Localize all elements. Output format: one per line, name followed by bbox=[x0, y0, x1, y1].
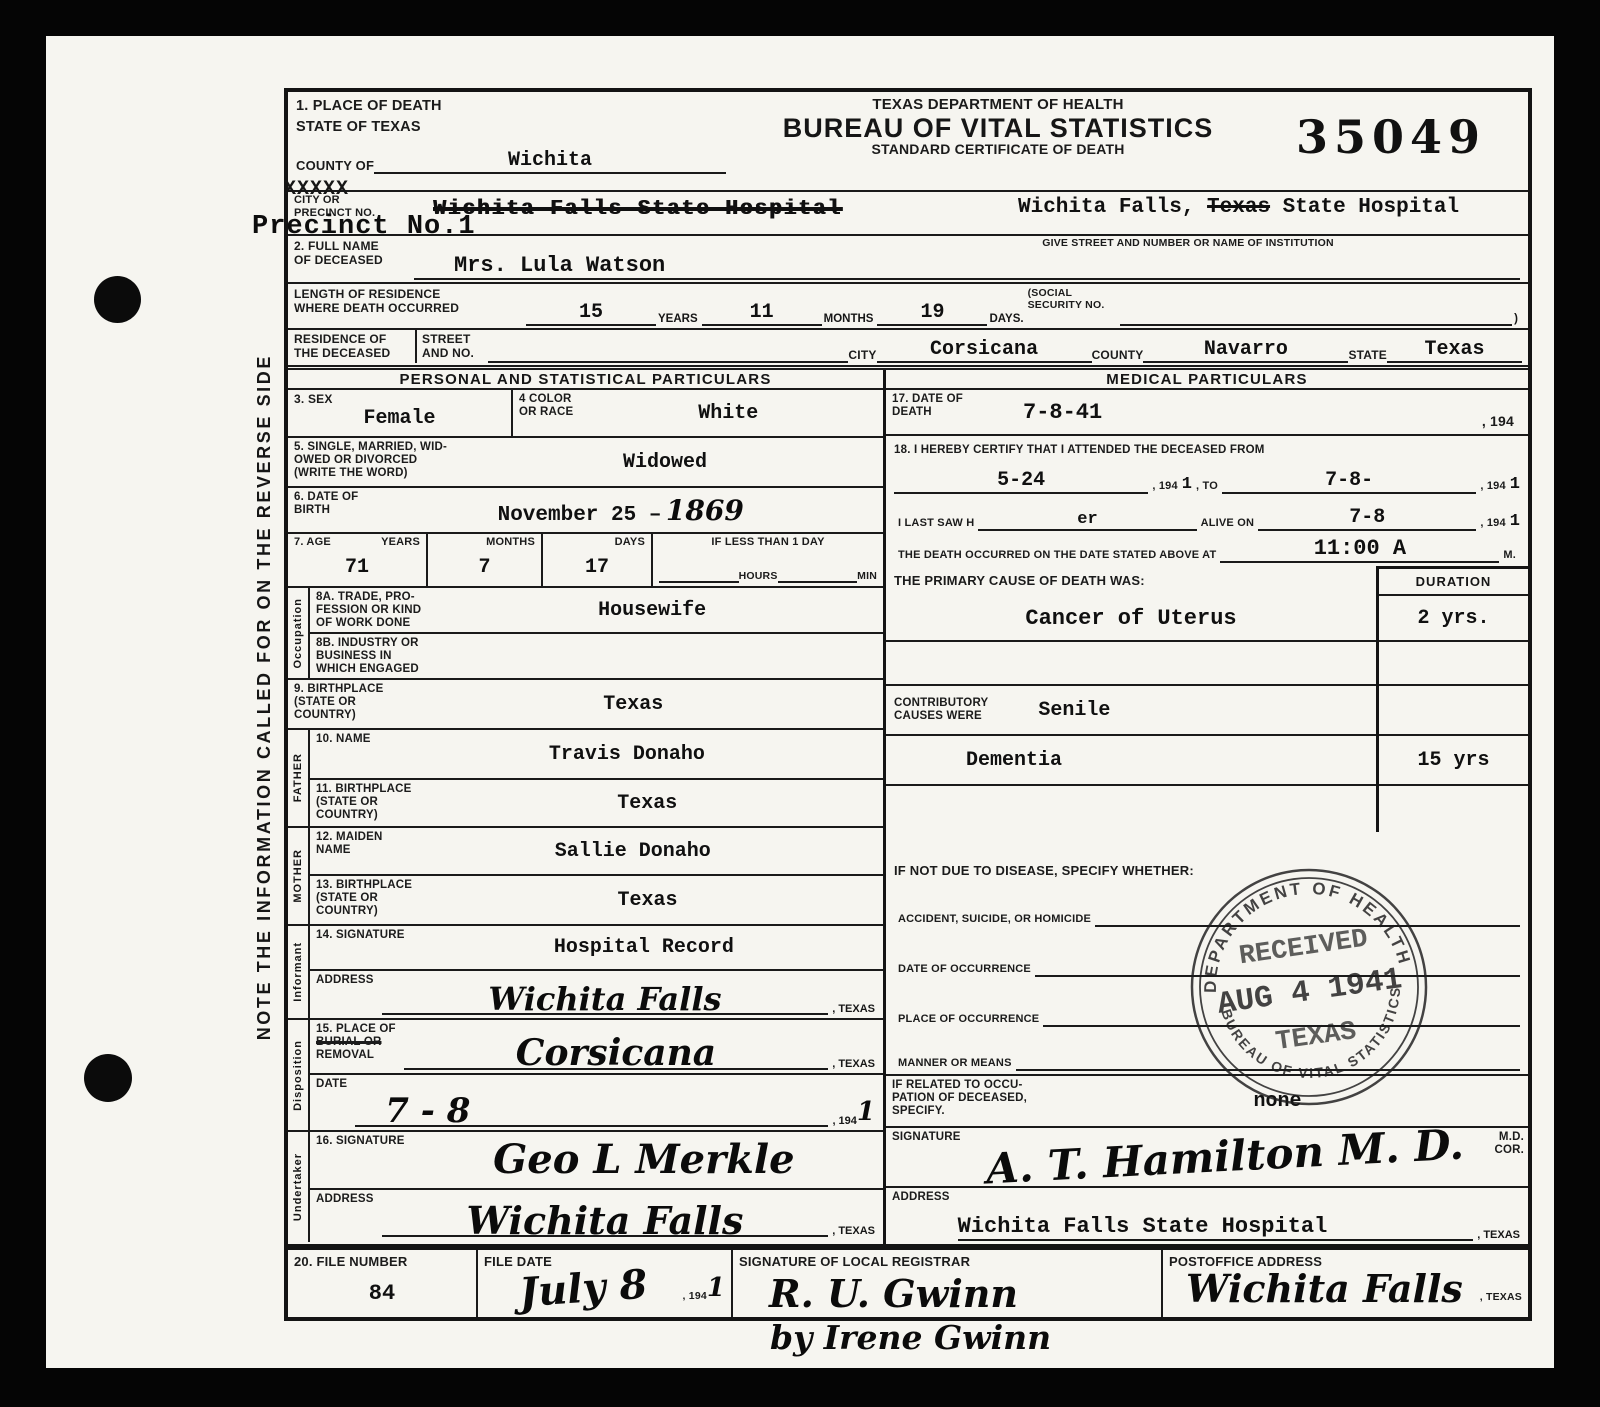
undertaker-signature-row: 16. SIGNATURE Geo L Merkle bbox=[310, 1132, 883, 1190]
state-of-texas-label: STATE OF TEXAS bbox=[296, 119, 726, 136]
attended-from-year-value: 1 bbox=[1182, 475, 1192, 494]
father-side-label: FATHER bbox=[292, 753, 304, 802]
agency-header: TEXAS DEPARTMENT OF HEALTH BUREAU OF VIT… bbox=[718, 96, 1278, 158]
disposition-date-label: DATE bbox=[316, 1078, 347, 1091]
residence-divider bbox=[415, 330, 417, 363]
certify-values-row: 5-24 , 194 1 , TO 7-8- , 194 1 bbox=[886, 462, 1528, 496]
age-months-cell: MONTHS 7 bbox=[428, 534, 543, 586]
disposition-group: Disposition 15. PLACE OF BURIAL OR REMOV… bbox=[288, 1020, 883, 1132]
struck-city-value: Wichita Falls State Hospital bbox=[433, 198, 842, 221]
postoffice-value: Wichita Falls bbox=[1169, 1275, 1480, 1304]
personal-section-title: PERSONAL AND STATISTICAL PARTICULARS bbox=[288, 370, 883, 390]
attended-to-label: , TO bbox=[1196, 480, 1218, 493]
mother-birthplace-value: Texas bbox=[412, 889, 883, 912]
duration-column: DURATION 2 yrs. 15 yrs bbox=[1376, 566, 1528, 832]
trade-label-3: OF WORK DONE bbox=[316, 617, 421, 630]
file-number-cell: 20. FILE NUMBER 84 bbox=[288, 1250, 478, 1317]
county-label: COUNTY OF bbox=[296, 159, 374, 174]
marital-value: Widowed bbox=[447, 451, 883, 474]
disposition-date-field: 7 - 8 , 194 1 bbox=[347, 1075, 883, 1130]
trade-row: 8A. TRADE, PRO- FESSION OR KIND OF WORK … bbox=[310, 588, 883, 634]
city-field: Corsicana bbox=[877, 338, 1092, 363]
last-saw-row: I LAST SAW H er ALIVE ON 7-8 , 194 1 bbox=[886, 496, 1528, 534]
occupation-side-strip: Occupation bbox=[288, 588, 310, 678]
physician-signature-label-wrap: SIGNATURE bbox=[886, 1128, 961, 1186]
years-label: YEARS bbox=[658, 313, 698, 325]
county-field2: Navarro bbox=[1143, 338, 1348, 363]
industry-label: 8B. INDUSTRY OR BUSINESS IN WHICH ENGAGE… bbox=[310, 634, 419, 678]
years-value: 15 bbox=[579, 301, 603, 324]
maiden-label-1: 12. MAIDEN bbox=[316, 831, 383, 844]
trade-label-1: 8A. TRADE, PRO- bbox=[316, 591, 421, 604]
file-date-label: FILE DATE bbox=[484, 1254, 552, 1269]
informant-address-label: ADDRESS bbox=[316, 974, 374, 987]
cause-block: THE PRIMARY CAUSE OF DEATH WAS: Cancer o… bbox=[886, 566, 1528, 832]
duration-header: DURATION bbox=[1379, 569, 1528, 596]
primary-cause-row: Cancer of Uterus bbox=[886, 596, 1376, 642]
length-label: LENGTH OF RESIDENCE WHERE DEATH OCCURRED bbox=[294, 284, 526, 315]
physician-address-row: ADDRESS Wichita Falls State Hospital , T… bbox=[886, 1188, 1528, 1244]
primary-cause-value: Cancer of Uterus bbox=[1025, 606, 1236, 631]
informant-address-state: , TEXAS bbox=[832, 1003, 875, 1015]
certificate-form: 1. PLACE OF DEATH STATE OF TEXAS COUNTY … bbox=[284, 88, 1532, 1321]
agency-line3: STANDARD CERTIFICATE OF DEATH bbox=[718, 142, 1278, 158]
father-rows: 10. NAME Travis Donaho 11. BIRTHPLACE (S… bbox=[310, 730, 883, 826]
attended-to-year-value: 1 bbox=[1510, 475, 1520, 494]
birthplace-value: Texas bbox=[384, 693, 884, 716]
postoffice-field: Wichita Falls , TEXAS bbox=[1169, 1275, 1522, 1304]
age-days-value: 17 bbox=[543, 549, 651, 586]
date-of-death-label: 17. DATE OF DEATH bbox=[886, 390, 963, 434]
last-saw-year-value: 1 bbox=[1510, 512, 1520, 531]
undertaker-signature-label: 16. SIGNATURE bbox=[316, 1135, 405, 1148]
birthplace-label: 9. BIRTHPLACE (STATE OR COUNTRY) bbox=[288, 680, 384, 728]
color-label-2: OR RACE bbox=[519, 406, 573, 419]
disposition-year-hand: 1 bbox=[857, 1097, 875, 1127]
sex-cell: 3. SEX Female bbox=[288, 390, 513, 436]
months-field: 11 bbox=[702, 301, 822, 326]
duration-blank-1 bbox=[1379, 642, 1528, 686]
place-of-death-block: 1. PLACE OF DEATH STATE OF TEXAS COUNTY … bbox=[296, 98, 726, 174]
father-birthplace-row: 11. BIRTHPLACE (STATE OR COUNTRY) Texas bbox=[310, 780, 883, 826]
undertaker-signature-value: Geo L Merkle bbox=[405, 1144, 883, 1176]
birth-date-field: November 25 – 1869 bbox=[358, 494, 883, 527]
mother-side-strip: MOTHER bbox=[288, 828, 310, 924]
physician-address-label-wrap: ADDRESS bbox=[886, 1188, 950, 1244]
state-value: Texas bbox=[1424, 338, 1484, 361]
physician-address-state: , TEXAS bbox=[1477, 1229, 1520, 1241]
place15-struck-word: BURIAL OR bbox=[316, 1036, 396, 1049]
color-cell: 4 COLOR OR RACE White bbox=[513, 390, 883, 436]
death-occurred-m: M. bbox=[1503, 549, 1516, 562]
related-label-3: SPECIFY. bbox=[892, 1105, 1027, 1118]
father-birthplace-value: Texas bbox=[411, 792, 883, 815]
registrar-label: SIGNATURE OF LOCAL REGISTRAR bbox=[739, 1254, 970, 1269]
date-occurrence-label: DATE OF OCCURRENCE bbox=[898, 963, 1031, 976]
reverse-side-note-text: NOTE THE INFORMATION CALLED FOR ON THE R… bbox=[254, 354, 275, 1040]
hours-label: HOURS bbox=[739, 571, 778, 583]
duration-contrib-value: 15 yrs bbox=[1417, 749, 1489, 772]
manner-label: MANNER OR MEANS bbox=[898, 1057, 1012, 1070]
age-label: 7. AGE bbox=[294, 536, 331, 549]
maiden-name-label: 12. MAIDEN NAME bbox=[310, 828, 383, 874]
contributory-value-2: Dementia bbox=[966, 749, 1062, 772]
maiden-name-value: Sallie Donaho bbox=[383, 840, 883, 863]
mother-side-label: MOTHER bbox=[292, 849, 304, 903]
length-label-1: LENGTH OF RESIDENCE bbox=[294, 288, 526, 302]
ss-field bbox=[1120, 324, 1513, 326]
industry-row: 8B. INDUSTRY OR BUSINESS IN WHICH ENGAGE… bbox=[310, 634, 883, 678]
place-of-death-label: 1. PLACE OF DEATH bbox=[296, 98, 726, 115]
sex-label: 3. SEX bbox=[288, 390, 511, 407]
undertaker-side-label: Undertaker bbox=[292, 1153, 304, 1221]
street-field bbox=[488, 361, 848, 363]
disposition-side-strip: Disposition bbox=[288, 1020, 310, 1130]
institution-suffix: State Hospital bbox=[1283, 196, 1459, 219]
stamp-received-text: RECEIVED bbox=[1237, 925, 1370, 973]
full-name-field: Mrs. Lula Watson bbox=[414, 253, 1520, 280]
file-number-label: 20. FILE NUMBER bbox=[294, 1254, 408, 1269]
place15-label-1: 15. PLACE OF bbox=[316, 1023, 396, 1036]
punch-hole-bottom bbox=[84, 1054, 132, 1102]
institution-struck-word: Texas bbox=[1207, 196, 1270, 219]
age-less-cell: IF LESS THAN 1 DAY HOURS MIN bbox=[653, 534, 883, 586]
postoffice-state: , TEXAS bbox=[1480, 1292, 1522, 1304]
disposition-rows: 15. PLACE OF BURIAL OR REMOVAL Corsicana… bbox=[310, 1020, 883, 1130]
cor-label: COR. bbox=[1494, 1144, 1524, 1157]
primary-cause-label: THE PRIMARY CAUSE OF DEATH WAS: bbox=[894, 574, 1145, 589]
dod-label-2: DEATH bbox=[892, 406, 963, 419]
accident-label: ACCIDENT, SUICIDE, OR HOMICIDE bbox=[898, 913, 1091, 926]
file-date-year-hand: 1 bbox=[707, 1273, 725, 1303]
spacer-row bbox=[886, 832, 1528, 854]
place-of-removal-label: 15. PLACE OF BURIAL OR REMOVAL bbox=[310, 1020, 396, 1073]
city-value: Corsicana bbox=[930, 338, 1038, 361]
duration-primary-cell: 2 yrs. bbox=[1379, 596, 1528, 642]
cause-blank-row-1 bbox=[886, 642, 1376, 686]
marital-label-3: (WRITE THE WORD) bbox=[294, 467, 447, 480]
undertaker-group: Undertaker 16. SIGNATURE Geo L Merkle AD… bbox=[288, 1132, 883, 1242]
age-days-labels: DAYS bbox=[543, 534, 651, 549]
city-field-label: CITY bbox=[848, 349, 876, 363]
last-saw-pre: I LAST SAW H bbox=[898, 517, 974, 530]
city-overtype-xxx: XXXXX bbox=[284, 178, 349, 201]
father-bp-label-2: (STATE OR bbox=[316, 796, 411, 809]
mother-bp-label-2: (STATE OR bbox=[316, 892, 412, 905]
father-birthplace-label: 11. BIRTHPLACE (STATE OR COUNTRY) bbox=[310, 780, 411, 826]
age-row: 7. AGE YEARS 71 MONTHS 7 DAYS bbox=[288, 534, 883, 588]
form-footer: 20. FILE NUMBER 84 FILE DATE July 8 , 19… bbox=[288, 1247, 1528, 1317]
mother-bp-label-3: COUNTRY) bbox=[316, 905, 412, 918]
reverse-side-note: NOTE THE INFORMATION CALLED FOR ON THE R… bbox=[248, 324, 280, 1070]
file-date-cell: FILE DATE July 8 , 194 1 bbox=[478, 1250, 733, 1317]
ss-label-2: SECURITY NO. bbox=[1028, 300, 1120, 312]
informant-address-label-wrap: ADDRESS bbox=[310, 971, 374, 1018]
registrar-by-line: by Irene Gwinn bbox=[770, 1318, 1051, 1357]
county-value: Wichita bbox=[508, 149, 592, 172]
certify-label-row: 18. I HEREBY CERTIFY THAT I ATTENDED THE… bbox=[886, 436, 1528, 462]
contributory-value-1: Senile bbox=[1038, 699, 1110, 722]
age-years-labels: 7. AGE YEARS bbox=[288, 534, 426, 549]
contributory-label-1: CONTRIBUTORY bbox=[894, 697, 988, 710]
street-label: STREET AND NO. bbox=[422, 330, 488, 360]
age-years-value: 71 bbox=[288, 549, 426, 586]
duration-blank-2 bbox=[1379, 686, 1528, 736]
father-name-row: 10. NAME Travis Donaho bbox=[310, 730, 883, 780]
informant-rows: 14. SIGNATURE Hospital Record ADDRESS Wi… bbox=[310, 926, 883, 1018]
residence-label-2: THE DECEASED bbox=[294, 347, 410, 361]
disposition-date-label-wrap: DATE bbox=[310, 1075, 347, 1130]
undertaker-address-value: Wichita Falls bbox=[382, 1207, 829, 1238]
file-number-value: 84 bbox=[294, 1281, 470, 1306]
informant-signature-value: Hospital Record bbox=[405, 936, 883, 959]
birth-date-row: 6. DATE OF BIRTH November 25 – 1869 bbox=[288, 488, 883, 534]
color-label-1: 4 COLOR bbox=[519, 393, 573, 406]
physician-address-field: Wichita Falls State Hospital , TEXAS bbox=[950, 1188, 1528, 1244]
full-name-label-2: OF DECEASED bbox=[294, 254, 414, 268]
marital-label-2: OWED OR DIVORCED bbox=[294, 454, 447, 467]
disposition-date-row: DATE 7 - 8 , 194 1 bbox=[310, 1075, 883, 1130]
age-months-label: MONTHS bbox=[486, 536, 535, 549]
last-saw-er: er bbox=[978, 510, 1196, 531]
certificate-paper: NOTE THE INFORMATION CALLED FOR ON THE R… bbox=[46, 36, 1554, 1368]
death-occurred-row: THE DEATH OCCURRED ON THE DATE STATED AB… bbox=[886, 534, 1528, 566]
file-date-value: July 8 bbox=[483, 1268, 683, 1310]
death-occurred-label: THE DEATH OCCURRED ON THE DATE STATED AB… bbox=[898, 549, 1216, 562]
industry-label-1: 8B. INDUSTRY OR bbox=[316, 637, 419, 650]
contributory-label: CONTRIBUTORY CAUSES WERE bbox=[894, 697, 988, 723]
marital-label: 5. SINGLE, MARRIED, WID- OWED OR DIVORCE… bbox=[288, 438, 447, 486]
occupation-rows: 8A. TRADE, PRO- FESSION OR KIND OF WORK … bbox=[310, 588, 883, 678]
birthplace-row: 9. BIRTHPLACE (STATE OR COUNTRY) Texas bbox=[288, 680, 883, 730]
dod-year-suffix: , 194 bbox=[1482, 414, 1528, 434]
occupation-group: Occupation 8A. TRADE, PRO- FESSION OR KI… bbox=[288, 588, 883, 680]
undertaker-rows: 16. SIGNATURE Geo L Merkle ADDRESS Wichi… bbox=[310, 1132, 883, 1242]
age-days-cell: DAYS 17 bbox=[543, 534, 653, 586]
years-field: 15 bbox=[526, 301, 656, 326]
undertaker-address-label-wrap: ADDRESS bbox=[310, 1190, 374, 1240]
street-label-2: AND NO. bbox=[422, 347, 488, 361]
informant-side-label: Informant bbox=[292, 942, 304, 1002]
industry-label-2: BUSINESS IN bbox=[316, 650, 419, 663]
mother-bp-label-1: 13. BIRTHPLACE bbox=[316, 879, 412, 892]
attended-to-value: 7-8- bbox=[1222, 469, 1476, 494]
informant-address-value: Wichita Falls bbox=[382, 987, 829, 1015]
sex-value: Female bbox=[363, 407, 435, 436]
duration-contrib-cell: 15 yrs bbox=[1379, 736, 1528, 786]
related-label-2: PATION OF DECEASED, bbox=[892, 1092, 1027, 1105]
death-occurred-time: 11:00 A bbox=[1220, 536, 1499, 563]
last-saw-year: , 194 bbox=[1480, 517, 1505, 530]
form-header: 1. PLACE OF DEATH STATE OF TEXAS COUNTY … bbox=[288, 92, 1528, 192]
mother-group: MOTHER 12. MAIDEN NAME Sallie Donaho 13.… bbox=[288, 828, 883, 926]
state-field: Texas bbox=[1387, 338, 1522, 363]
cause-blank-row-2 bbox=[886, 786, 1376, 832]
place-of-removal-field: Corsicana , TEXAS bbox=[396, 1020, 883, 1073]
punch-hole-top bbox=[94, 276, 141, 323]
birthplace-label-2: (STATE OR bbox=[294, 696, 384, 709]
place-of-removal-value: Corsicana bbox=[404, 1039, 828, 1070]
place15-label-3: REMOVAL bbox=[316, 1049, 396, 1062]
attended-from-value: 5-24 bbox=[894, 469, 1148, 494]
informant-group: Informant 14. SIGNATURE Hospital Record … bbox=[288, 926, 883, 1020]
residence-row: RESIDENCE OF THE DECEASED STREET AND NO.… bbox=[288, 330, 1528, 370]
months-label: MONTHS bbox=[824, 313, 874, 325]
father-bp-label-1: 11. BIRTHPLACE bbox=[316, 783, 411, 796]
industry-label-3: WHICH ENGAGED bbox=[316, 663, 419, 676]
md-cor-labels: M.D. COR. bbox=[1488, 1128, 1528, 1186]
hours-field bbox=[659, 581, 739, 583]
residence-label: RESIDENCE OF THE DECEASED bbox=[294, 330, 410, 360]
marital-row: 5. SINGLE, MARRIED, WID- OWED OR DIVORCE… bbox=[288, 438, 883, 488]
personal-column: PERSONAL AND STATISTICAL PARTICULARS 3. … bbox=[288, 370, 886, 1244]
maiden-label-2: NAME bbox=[316, 844, 383, 857]
state-field-label: STATE bbox=[1348, 349, 1387, 363]
ss-label: (SOCIAL SECURITY NO. bbox=[1028, 284, 1120, 312]
certificate-number: 35049 bbox=[1296, 110, 1486, 164]
age-days-label: DAYS bbox=[615, 536, 645, 549]
father-group: FATHER 10. NAME Travis Donaho 11. BIRTHP… bbox=[288, 730, 883, 828]
undertaker-address-state: , TEXAS bbox=[832, 1225, 875, 1237]
duration-primary-value: 2 yrs. bbox=[1417, 607, 1489, 630]
attended-from-year: , 194 bbox=[1152, 480, 1177, 493]
occupation-side-label: Occupation bbox=[292, 598, 304, 669]
informant-address-field: Wichita Falls , TEXAS bbox=[374, 971, 883, 1018]
institution-prefix: Wichita Falls, bbox=[1018, 196, 1194, 219]
age-months-labels: MONTHS bbox=[428, 534, 541, 549]
contributory-row-2: Dementia bbox=[886, 736, 1376, 786]
informant-signature-row: 14. SIGNATURE Hospital Record bbox=[310, 926, 883, 971]
undertaker-signature-label-wrap: 16. SIGNATURE bbox=[310, 1132, 405, 1188]
registrar-signature-value: R. U. Gwinn bbox=[769, 1279, 1155, 1309]
contributory-label-2: CAUSES WERE bbox=[894, 710, 988, 723]
mother-rows: 12. MAIDEN NAME Sallie Donaho 13. BIRTHP… bbox=[310, 828, 883, 924]
place-of-removal-state: , TEXAS bbox=[832, 1058, 875, 1070]
certify-label: 18. I HEREBY CERTIFY THAT I ATTENDED THE… bbox=[894, 444, 1265, 457]
min-label: MIN bbox=[857, 571, 877, 583]
age-years-cell: 7. AGE YEARS 71 bbox=[288, 534, 428, 586]
father-name-label: 10. NAME bbox=[316, 733, 371, 746]
physician-signature-label: SIGNATURE bbox=[892, 1131, 961, 1144]
birthplace-label-1: 9. BIRTHPLACE bbox=[294, 683, 384, 696]
father-name-label-wrap: 10. NAME bbox=[310, 730, 371, 778]
age-less-label-wrap: IF LESS THAN 1 DAY bbox=[653, 534, 883, 549]
full-name-label-1: 2. FULL NAME bbox=[294, 240, 414, 254]
agency-line2: BUREAU OF VITAL STATISTICS bbox=[718, 114, 1278, 142]
date-of-death-row: 17. DATE OF DEATH 7-8-41 , 194 bbox=[886, 390, 1528, 436]
length-label-2: WHERE DEATH OCCURRED bbox=[294, 302, 526, 316]
last-saw-date: 7-8 bbox=[1258, 506, 1476, 531]
informant-signature-label-wrap: 14. SIGNATURE bbox=[310, 926, 405, 969]
days-value: 19 bbox=[920, 301, 944, 324]
if-not-disease-label: IF NOT DUE TO DISEASE, SPECIFY WHETHER: bbox=[894, 864, 1194, 879]
informant-address-row: ADDRESS Wichita Falls , TEXAS bbox=[310, 971, 883, 1018]
undertaker-side-strip: Undertaker bbox=[288, 1132, 310, 1242]
related-occupation-label: IF RELATED TO OCCU- PATION OF DECEASED, … bbox=[886, 1076, 1027, 1126]
birth-year-handwritten: 1869 bbox=[666, 494, 744, 527]
postoffice-cell: POSTOFFICE ADDRESS Wichita Falls , TEXAS bbox=[1163, 1250, 1528, 1317]
form-columns: PERSONAL AND STATISTICAL PARTICULARS 3. … bbox=[288, 370, 1528, 1247]
trade-value: Housewife bbox=[421, 599, 883, 622]
informant-side-strip: Informant bbox=[288, 926, 310, 1018]
place-of-removal-row: 15. PLACE OF BURIAL OR REMOVAL Corsicana… bbox=[310, 1020, 883, 1075]
min-field bbox=[778, 581, 858, 583]
disposition-side-label: Disposition bbox=[292, 1040, 304, 1111]
residence-label-1: RESIDENCE OF bbox=[294, 333, 410, 347]
attended-to-year: , 194 bbox=[1480, 480, 1505, 493]
cause-left-column: THE PRIMARY CAUSE OF DEATH WAS: Cancer o… bbox=[886, 566, 1376, 832]
undertaker-address-field: Wichita Falls , TEXAS bbox=[374, 1190, 883, 1240]
father-side-strip: FATHER bbox=[288, 730, 310, 826]
age-less-label: IF LESS THAN 1 DAY bbox=[711, 536, 824, 549]
age-years-label: YEARS bbox=[381, 536, 420, 549]
ss-paren: ) bbox=[1514, 313, 1518, 325]
undertaker-address-row: ADDRESS Wichita Falls , TEXAS bbox=[310, 1190, 883, 1240]
stamp-state-text: TEXAS bbox=[1274, 1017, 1358, 1058]
street-label-1: STREET bbox=[422, 333, 488, 347]
undertaker-address-label: ADDRESS bbox=[316, 1193, 374, 1206]
last-saw-mid: ALIVE ON bbox=[1201, 517, 1255, 530]
physician-signature-row: SIGNATURE A. T. Hamilton M. D. M.D. COR. bbox=[886, 1128, 1528, 1188]
birth-date-typed: November 25 – bbox=[498, 504, 662, 527]
date-of-death-value: 7-8-41 bbox=[963, 400, 1482, 425]
physician-signature-value: A. T. Hamilton M. D. bbox=[960, 1126, 1489, 1187]
institution-note: GIVE STREET AND NUMBER OR NAME OF INSTIT… bbox=[948, 238, 1428, 250]
color-label: 4 COLOR OR RACE bbox=[513, 390, 573, 436]
maiden-name-row: 12. MAIDEN NAME Sallie Donaho bbox=[310, 828, 883, 876]
mother-birthplace-row: 13. BIRTHPLACE (STATE OR COUNTRY) Texas bbox=[310, 876, 883, 924]
mother-birthplace-label: 13. BIRTHPLACE (STATE OR COUNTRY) bbox=[310, 876, 412, 924]
hours-min-line: HOURS MIN bbox=[653, 549, 883, 586]
sex-color-row: 3. SEX Female 4 COLOR OR RACE White bbox=[288, 390, 883, 438]
full-name-value: Mrs. Lula Watson bbox=[454, 253, 665, 278]
county-field: Wichita bbox=[374, 149, 726, 174]
file-date-year-printed: , 194 bbox=[683, 1291, 707, 1303]
trade-label-2: FESSION OR KIND bbox=[316, 604, 421, 617]
age-months-value: 7 bbox=[428, 549, 541, 586]
primary-cause-label-row: THE PRIMARY CAUSE OF DEATH WAS: bbox=[886, 566, 1376, 596]
county-value2: Navarro bbox=[1204, 338, 1288, 361]
dod-label-1: 17. DATE OF bbox=[892, 393, 963, 406]
county-line: COUNTY OF Wichita bbox=[296, 149, 726, 174]
birth-date-label-2: BIRTH bbox=[294, 504, 358, 517]
duration-blank-3 bbox=[1379, 786, 1528, 832]
related-label-1: IF RELATED TO OCCU- bbox=[892, 1079, 1027, 1092]
county-field-label: COUNTY bbox=[1092, 349, 1144, 363]
medical-section-title: MEDICAL PARTICULARS bbox=[886, 370, 1528, 390]
registrar-cell: SIGNATURE OF LOCAL REGISTRAR R. U. Gwinn bbox=[733, 1250, 1163, 1317]
father-name-value: Travis Donaho bbox=[371, 743, 883, 766]
physician-address-label: ADDRESS bbox=[892, 1191, 950, 1204]
md-label: M.D. bbox=[1499, 1131, 1524, 1144]
file-date-field: July 8 , 194 1 bbox=[484, 1273, 725, 1303]
months-value: 11 bbox=[750, 301, 774, 324]
disposition-year-printed: , 194 bbox=[832, 1115, 856, 1127]
full-name-row: 2. FULL NAME OF DECEASED Mrs. Lula Watso… bbox=[288, 236, 1528, 284]
days-field: 19 bbox=[877, 301, 987, 326]
marital-label-1: 5. SINGLE, MARRIED, WID- bbox=[294, 441, 447, 454]
received-stamp: DEPARTMENT OF HEALTH BUREAU OF VITAL STA… bbox=[1168, 846, 1450, 1128]
institution-value: Wichita Falls, Texas State Hospital bbox=[1018, 196, 1459, 219]
father-bp-label-3: COUNTRY) bbox=[316, 809, 411, 822]
color-value: White bbox=[573, 402, 883, 425]
contributory-row: CONTRIBUTORY CAUSES WERE Senile bbox=[886, 686, 1376, 736]
informant-signature-label: 14. SIGNATURE bbox=[316, 929, 405, 942]
precinct-overstamp: Precinct No.1 bbox=[252, 212, 476, 242]
physician-address-value: Wichita Falls State Hospital bbox=[958, 1214, 1474, 1241]
length-of-residence-row: LENGTH OF RESIDENCE WHERE DEATH OCCURRED… bbox=[288, 284, 1528, 330]
birthplace-label-3: COUNTRY) bbox=[294, 709, 384, 722]
